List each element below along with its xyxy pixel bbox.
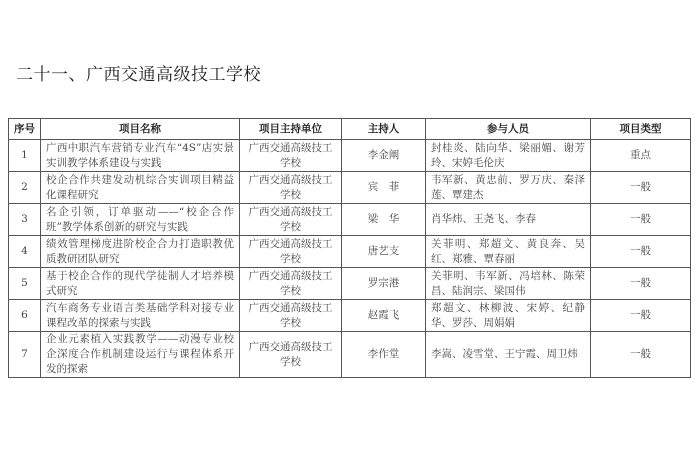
cell-members: 韦军新、黄忠前、罗万庆、秦泽莲、覃建杰 — [426, 172, 591, 204]
cell-members: 关菲明、郑超文、黄良奔、吴红、郑雅、覃春丽 — [426, 236, 591, 268]
cell-name: 名企引领，订单驱动——“校企合作班”教学体系创新的研究与实践 — [41, 204, 240, 236]
cell-type: 一般 — [591, 236, 691, 268]
table-row: 3 名企引领，订单驱动——“校企合作班”教学体系创新的研究与实践 广西交通高级技… — [9, 204, 691, 236]
cell-leader: 梁 华 — [342, 204, 426, 236]
section-heading: 二十一、广西交通高级技工学校 — [16, 60, 261, 85]
cell-unit: 广西交通高级技工学校 — [240, 236, 342, 268]
table-row: 7 企业元素植入实践教学——动漫专业校企深度合作机制建设运行与课程体系开发的探索… — [9, 332, 691, 378]
col-header-no: 序号 — [9, 119, 41, 140]
cell-name: 广西中职汽车营销专业汽车“4S”店实景实训教学体系建设与实践 — [41, 140, 240, 172]
cell-members: 李嵩、凌雪堂、王宁霞、周卫炜 — [426, 332, 591, 378]
cell-type: 重点 — [591, 140, 691, 172]
col-header-unit: 项目主持单位 — [240, 119, 342, 140]
cell-members: 封桂炎、陆向华、梁丽媚、谢芳玲、宋婷毛伦庆 — [426, 140, 591, 172]
cell-no: 1 — [9, 140, 41, 172]
cell-members: 肖华炜、王尧飞、李春 — [426, 204, 591, 236]
cell-unit: 广西交通高级技工学校 — [240, 172, 342, 204]
col-header-leader: 主持人 — [342, 119, 426, 140]
cell-leader: 李金阐 — [342, 140, 426, 172]
cell-type: 一般 — [591, 332, 691, 378]
cell-leader: 李作堂 — [342, 332, 426, 378]
cell-no: 5 — [9, 268, 41, 300]
cell-no: 3 — [9, 204, 41, 236]
table-row: 2 校企合作共建发动机综合实训项目精益化课程研究 广西交通高级技工学校 宾 菲 … — [9, 172, 691, 204]
cell-name: 企业元素植入实践教学——动漫专业校企深度合作机制建设运行与课程体系开发的探索 — [41, 332, 240, 378]
cell-type: 一般 — [591, 268, 691, 300]
cell-unit: 广西交通高级技工学校 — [240, 300, 342, 332]
col-header-members: 参与人员 — [426, 119, 591, 140]
cell-name: 基于校企合作的现代学徒制人才培养模式研究 — [41, 268, 240, 300]
col-header-type: 项目类型 — [591, 119, 691, 140]
cell-no: 6 — [9, 300, 41, 332]
cell-name: 校企合作共建发动机综合实训项目精益化课程研究 — [41, 172, 240, 204]
table-row: 1 广西中职汽车营销专业汽车“4S”店实景实训教学体系建设与实践 广西交通高级技… — [9, 140, 691, 172]
table-header-row: 序号 项目名称 项目主持单位 主持人 参与人员 项目类型 — [9, 119, 691, 140]
cell-name: 汽车商务专业语言类基础学科对接专业课程改革的探索与实践 — [41, 300, 240, 332]
cell-leader: 唐艺支 — [342, 236, 426, 268]
cell-type: 一般 — [591, 172, 691, 204]
cell-type: 一般 — [591, 300, 691, 332]
table-row: 6 汽车商务专业语言类基础学科对接专业课程改革的探索与实践 广西交通高级技工学校… — [9, 300, 691, 332]
cell-no: 2 — [9, 172, 41, 204]
cell-unit: 广西交通高级技工学校 — [240, 140, 342, 172]
cell-members: 关菲明、韦军新、冯培林、陈荣昌、陆润宗、梁国伟 — [426, 268, 591, 300]
table-row: 4 绩效管理梯度进阶校企合力打造职教优质教研团队研究 广西交通高级技工学校 唐艺… — [9, 236, 691, 268]
cell-type: 一般 — [591, 204, 691, 236]
cell-unit: 广西交通高级技工学校 — [240, 332, 342, 378]
table-row: 5 基于校企合作的现代学徒制人才培养模式研究 广西交通高级技工学校 罗宗港 关菲… — [9, 268, 691, 300]
cell-no: 4 — [9, 236, 41, 268]
project-table: 序号 项目名称 项目主持单位 主持人 参与人员 项目类型 1 广西中职汽车营销专… — [8, 118, 691, 378]
cell-leader: 宾 菲 — [342, 172, 426, 204]
cell-unit: 广西交通高级技工学校 — [240, 204, 342, 236]
cell-leader: 罗宗港 — [342, 268, 426, 300]
cell-name: 绩效管理梯度进阶校企合力打造职教优质教研团队研究 — [41, 236, 240, 268]
cell-members: 郑超文、林柳波、宋婷、纪静华、罗莎、周娟娟 — [426, 300, 591, 332]
cell-unit: 广西交通高级技工学校 — [240, 268, 342, 300]
cell-leader: 赵霞飞 — [342, 300, 426, 332]
col-header-name: 项目名称 — [41, 119, 240, 140]
cell-no: 7 — [9, 332, 41, 378]
